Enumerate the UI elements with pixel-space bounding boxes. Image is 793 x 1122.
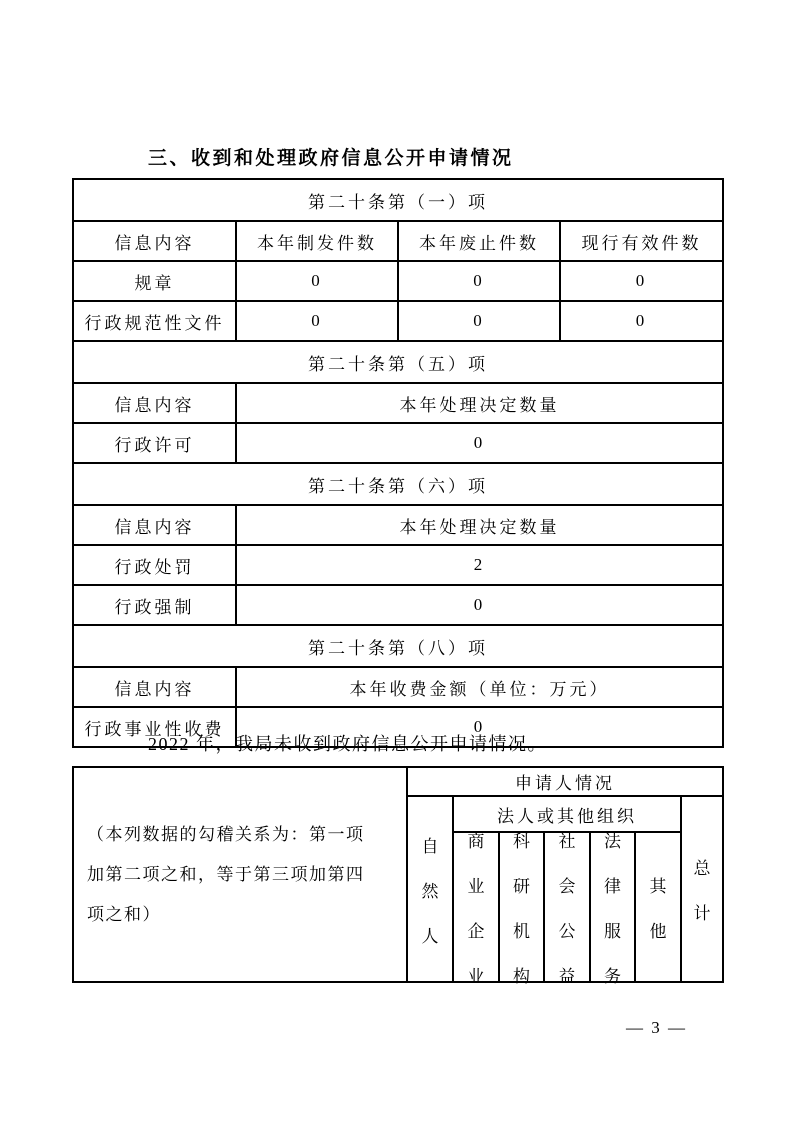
- section-title-cell: 第二十条第（六）项: [73, 463, 723, 505]
- table-row: 第二十条第（五）项: [73, 341, 723, 383]
- row-label-cell: 行政许可: [73, 423, 236, 463]
- column-header-legal-service: 法律服务: [590, 832, 635, 982]
- value-cell: 0: [236, 301, 398, 341]
- table-row: 规章 0 0 0: [73, 261, 723, 301]
- column-header-natural-person: 自然人: [407, 796, 453, 982]
- section-heading: 三、收到和处理政府信息公开申请情况: [148, 143, 514, 170]
- table-row: （本列数据的勾稽关系为：第一项加第二项之和，等于第三项加第四项之和） 申请人情况: [73, 767, 723, 796]
- vertical-label: 其他: [636, 834, 680, 980]
- value-cell: 0: [236, 261, 398, 301]
- column-header-cell: 本年废止件数: [398, 221, 560, 261]
- section-title-cell: 第二十条第（五）项: [73, 341, 723, 383]
- column-header-cell: 信息内容: [73, 505, 236, 545]
- row-label-cell: 行政强制: [73, 585, 236, 625]
- column-header-cell: 本年制发件数: [236, 221, 398, 261]
- value-cell: 0: [560, 261, 723, 301]
- vertical-label: 自然人: [408, 797, 452, 981]
- applicants-table: （本列数据的勾稽关系为：第一项加第二项之和，等于第三项加第四项之和） 申请人情况…: [72, 766, 724, 983]
- column-header-cell: 信息内容: [73, 667, 236, 707]
- column-header-business: 商业企业: [453, 832, 499, 982]
- row-label-cell: 行政处罚: [73, 545, 236, 585]
- table-row: 第二十条第（八）项: [73, 625, 723, 667]
- section-title-cell: 第二十条第（八）项: [73, 625, 723, 667]
- vertical-label: 社会公益: [545, 834, 589, 980]
- table-row: 信息内容 本年制发件数 本年废止件数 现行有效件数: [73, 221, 723, 261]
- value-cell: 0: [560, 301, 723, 341]
- column-header-cell: 本年处理决定数量: [236, 505, 723, 545]
- table-row: 第二十条第（一）项: [73, 179, 723, 221]
- value-cell: 0: [398, 301, 560, 341]
- vertical-label: 商业企业: [454, 834, 498, 980]
- row-label-cell: 规章: [73, 261, 236, 301]
- vertical-label: 科研机构: [500, 834, 543, 980]
- article20-table: 第二十条第（一）项 信息内容 本年制发件数 本年废止件数 现行有效件数 规章 0…: [72, 178, 724, 748]
- column-header-other: 其他: [635, 832, 681, 982]
- section-title-cell: 第二十条第（一）项: [73, 179, 723, 221]
- table-row: 行政处罚 2: [73, 545, 723, 585]
- value-cell: 2: [236, 545, 723, 585]
- table-row: 行政规范性文件 0 0 0: [73, 301, 723, 341]
- vertical-label: 总计: [682, 797, 722, 981]
- value-cell: 0: [236, 423, 723, 463]
- column-header-cell: 信息内容: [73, 383, 236, 423]
- applicants-header-cell: 申请人情况: [407, 767, 723, 796]
- table-row: 行政许可 0: [73, 423, 723, 463]
- table-row: 信息内容 本年收费金额（单位：万元）: [73, 667, 723, 707]
- value-cell: 0: [398, 261, 560, 301]
- table-row: 行政强制 0: [73, 585, 723, 625]
- page-number: — 3 —: [626, 1018, 687, 1038]
- vertical-label: 法律服务: [591, 834, 634, 980]
- column-header-cell: 本年收费金额（单位：万元）: [236, 667, 723, 707]
- column-header-research: 科研机构: [499, 832, 544, 982]
- table-row: 第二十条第（六）项: [73, 463, 723, 505]
- table-row: 信息内容 本年处理决定数量: [73, 383, 723, 423]
- no-application-note: 2022 年，我局未收到政府信息公开申请情况。: [148, 730, 547, 756]
- row-label-cell: 行政规范性文件: [73, 301, 236, 341]
- column-header-cell: 现行有效件数: [560, 221, 723, 261]
- reconciliation-note-cell: （本列数据的勾稽关系为：第一项加第二项之和，等于第三项加第四项之和）: [73, 767, 407, 982]
- column-header-total: 总计: [681, 796, 723, 982]
- column-header-cell: 本年处理决定数量: [236, 383, 723, 423]
- table-row: 信息内容 本年处理决定数量: [73, 505, 723, 545]
- column-header-cell: 信息内容: [73, 221, 236, 261]
- column-header-public-welfare: 社会公益: [544, 832, 590, 982]
- value-cell: 0: [236, 585, 723, 625]
- document-page: 三、收到和处理政府信息公开申请情况 第二十条第（一）项 信息内容 本年制发件数 …: [0, 0, 793, 1122]
